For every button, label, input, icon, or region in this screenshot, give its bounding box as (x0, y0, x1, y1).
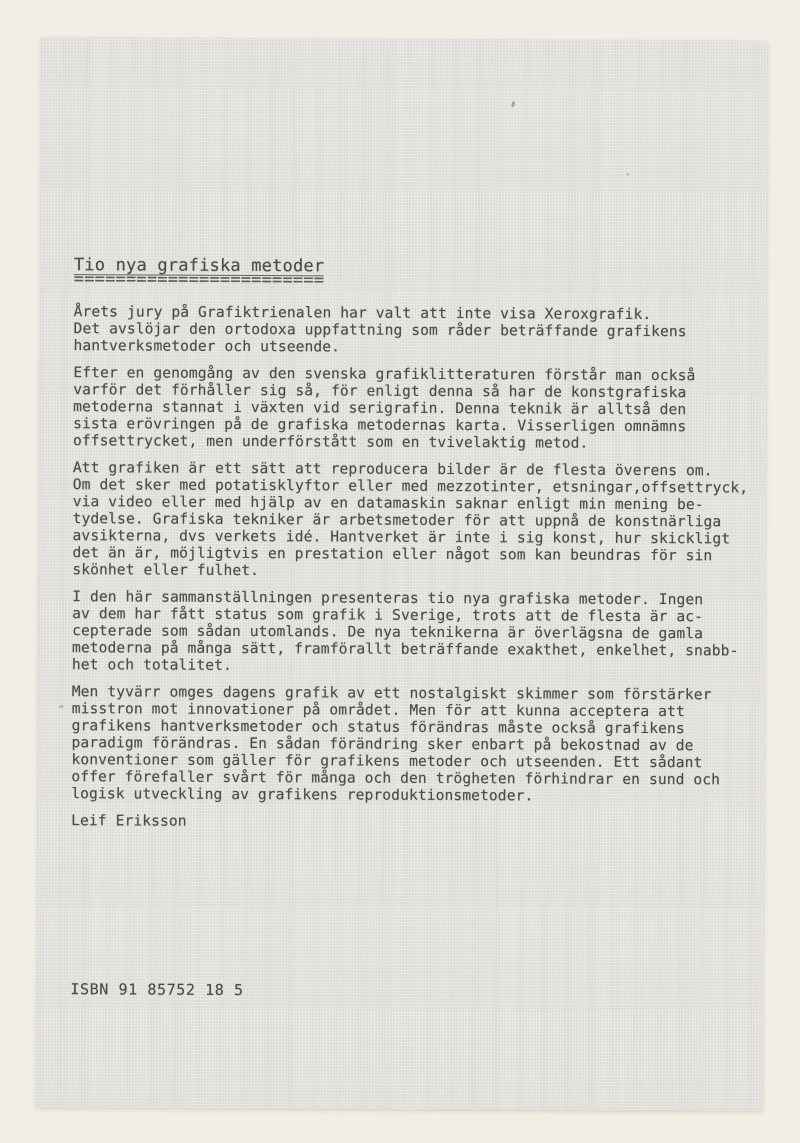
paragraph-reproducera: Att grafiken är ett sätt att reproducera… (72, 459, 748, 581)
author-signature: Leif Eriksson (71, 812, 746, 832)
paragraph-litteratur: Efter en genomgång av den svenska grafik… (73, 364, 749, 452)
paragraph-nostalgi: Men tyvärr omges dagens grafik av ett no… (71, 683, 747, 805)
scanned-page: Tio nya grafiska metoder ===============… (0, 0, 800, 1143)
isbn-number: ISBN 91 85752 18 5 (70, 981, 745, 1001)
paragraph-sammanstallning: I den här sammanställningen presenteras … (72, 588, 748, 676)
document-title: Tio nya grafiska metoder (74, 256, 325, 276)
document-body: Tio nya grafiska metoder ===============… (35, 37, 750, 1001)
paragraph-jury: Årets jury på Grafiktrienalen har valt a… (73, 303, 749, 357)
paper-sheet: Tio nya grafiska metoder ===============… (35, 37, 767, 1111)
scan-speck (626, 173, 629, 176)
scan-speck (59, 705, 64, 708)
title-underline-rule: ======================== (74, 274, 749, 288)
